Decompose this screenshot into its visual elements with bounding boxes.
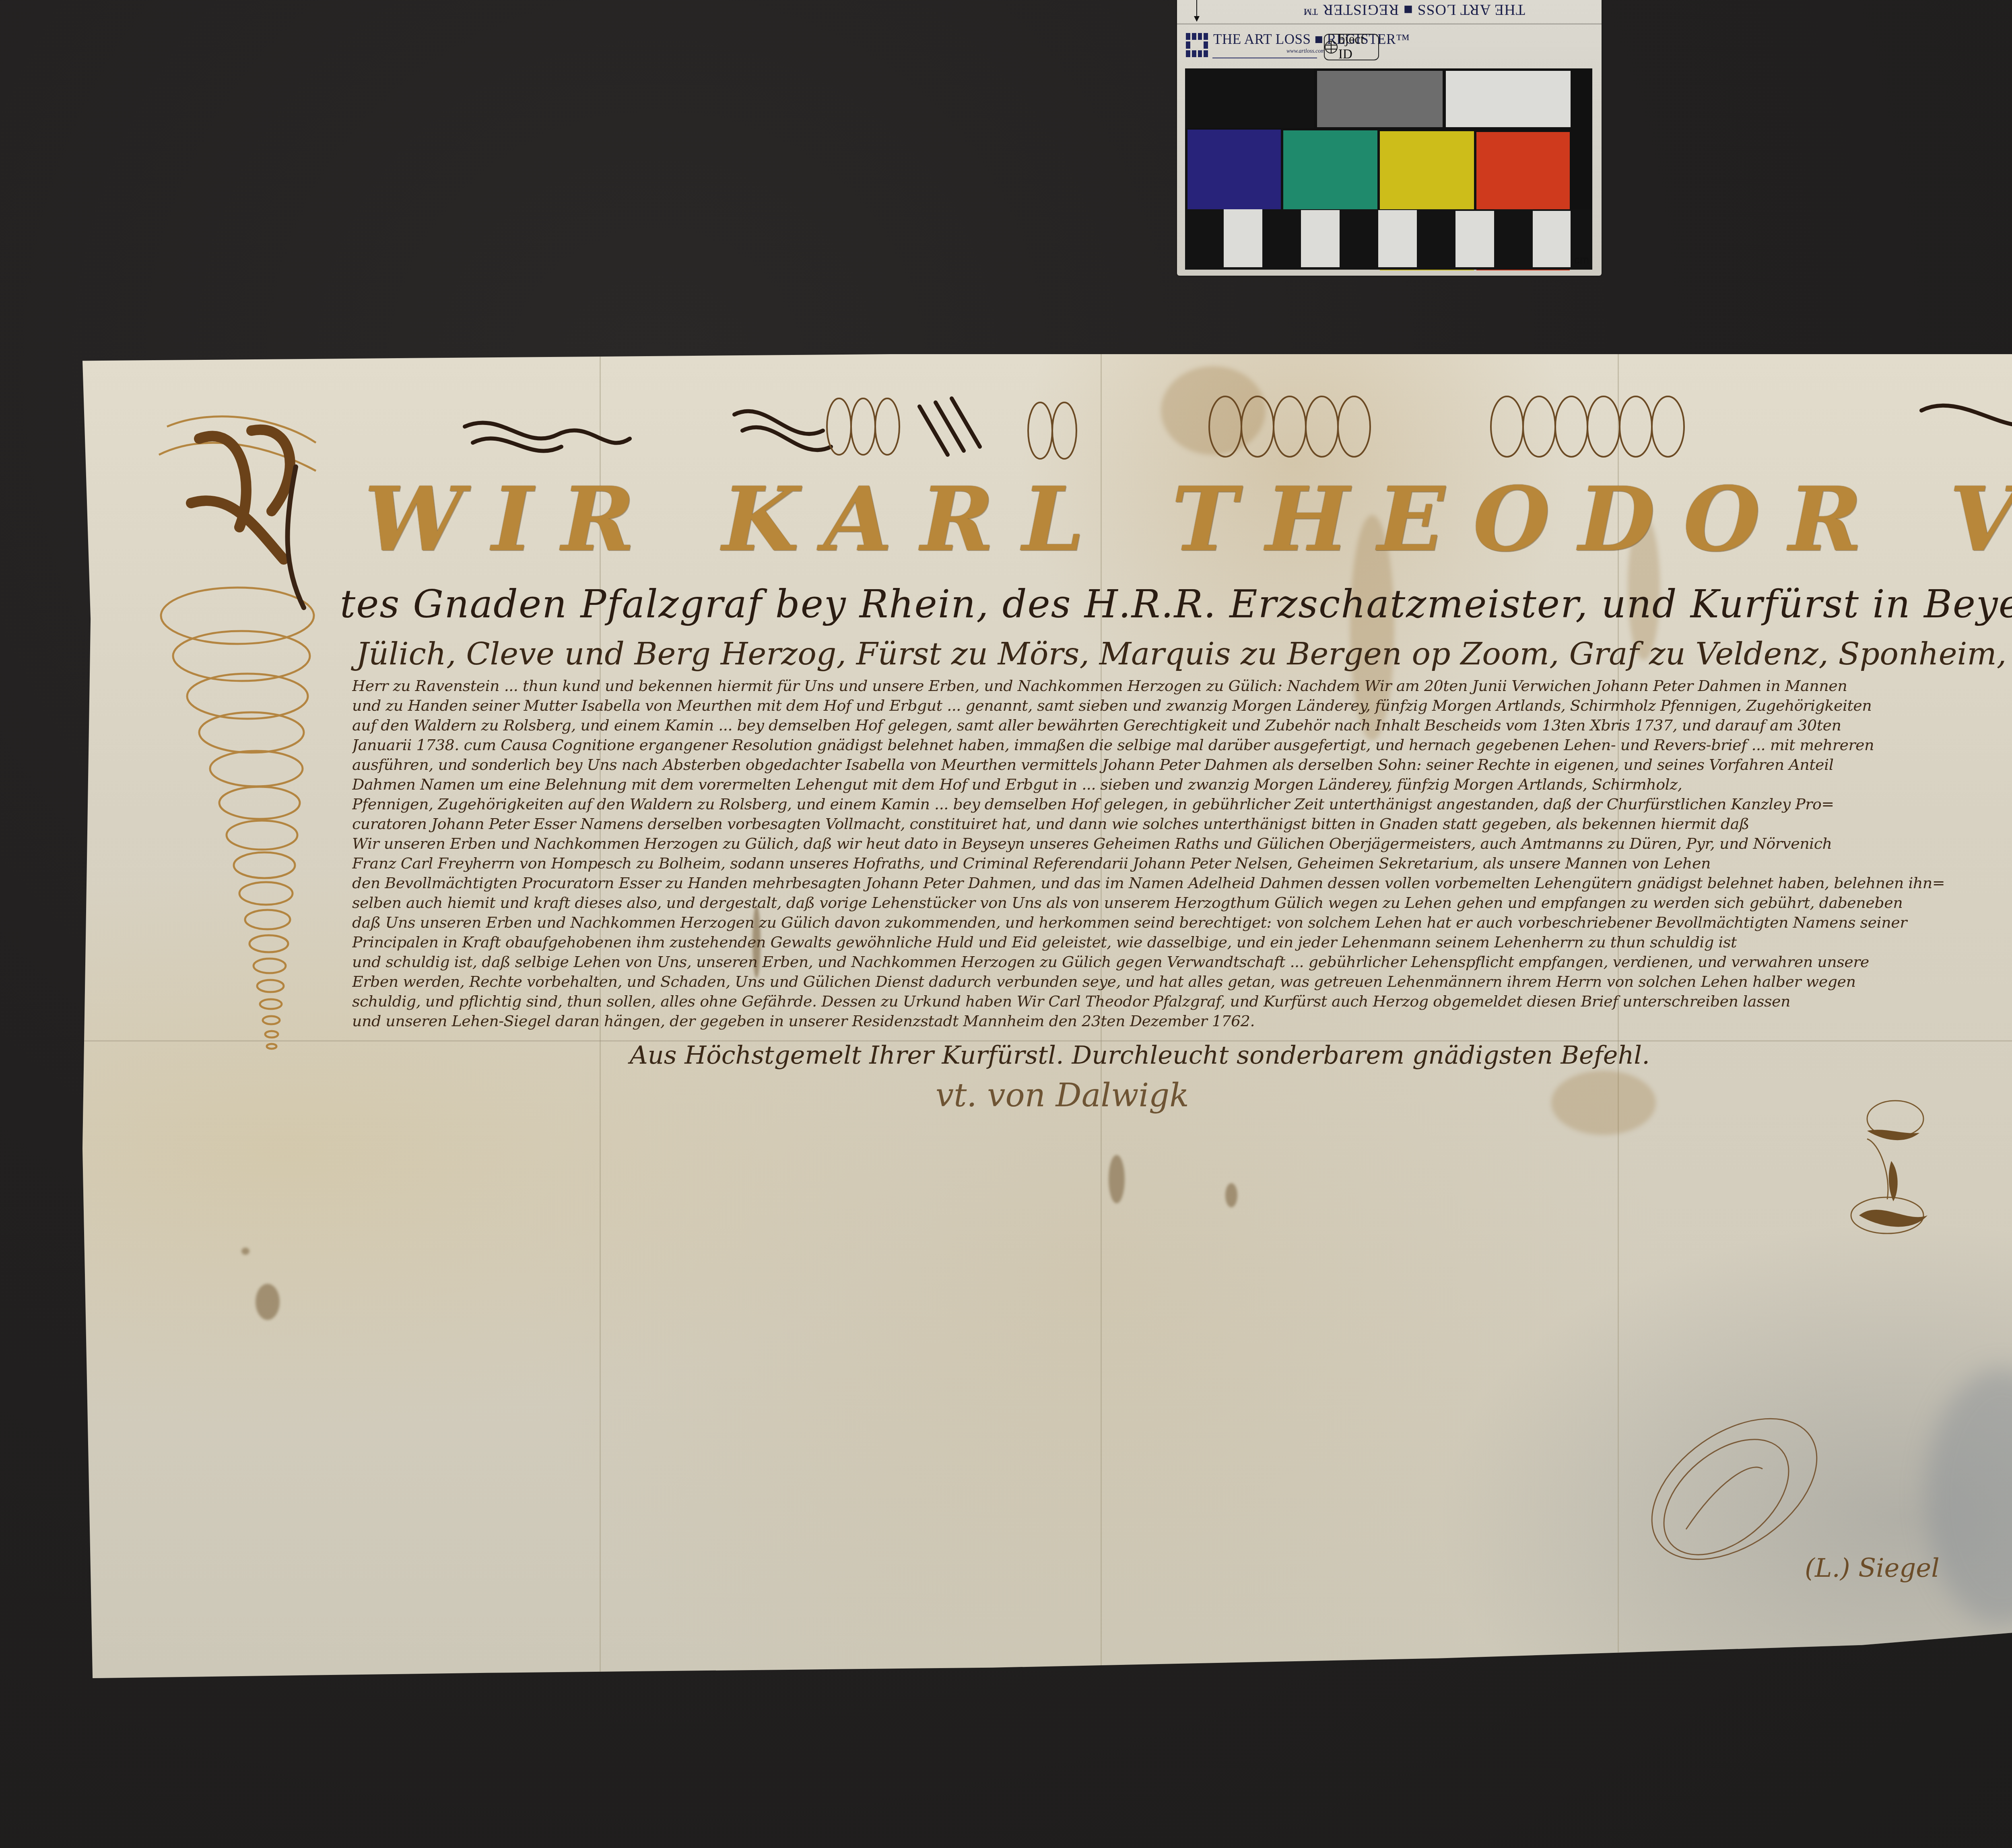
scale-block-4 [1455, 211, 1494, 267]
body-line: Januarii 1738. cum Causa Cognitione erga… [352, 735, 2012, 755]
brand-url: www.artloss.com [1286, 48, 1325, 55]
closing-formula: Aus Höchstgemelt Ihrer Kurfürstl. Durchl… [630, 1040, 1650, 1070]
color-patches: cm [1185, 68, 1592, 270]
body-line: Erben werden, Rechte vorbehalten, und Sc… [352, 972, 2012, 992]
ornate-title-line: WIR KARL THEODOR VON GOT= [364, 467, 2012, 567]
parchment-charter: WIR KARL THEODOR VON GOT= tes Gnaden Pfa… [82, 354, 2012, 1678]
ink-blot [241, 1248, 249, 1255]
titles-line: Jülich, Cleve und Berg Herzog, Fürst zu … [356, 636, 2012, 672]
electoral-monogram-icon [1843, 1095, 1948, 1240]
flap-brand-text: THE ART LOSS ■ REGISTER ™ [1303, 1, 1525, 19]
body-line: Principalen in Kraft obaufgehobenen ihm … [352, 932, 2012, 952]
body-line: auf den Waldern zu Rolsberg, und einem K… [352, 716, 2012, 735]
body-line: selben auch hiemit und kraft dieses also… [352, 893, 2012, 913]
ink-blot [256, 1284, 280, 1320]
body-line: und zu Handen seiner Mutter Isabella von… [352, 696, 2012, 716]
countersignature: vt. von Dalwigk [936, 1077, 1189, 1114]
body-line: Herr zu Ravenstein ... thun kund und bek… [352, 676, 2012, 696]
scale-block-1 [1224, 209, 1262, 267]
grey-smudge [1925, 1368, 2012, 1626]
body-line: daß Uns unseren Erben und Nachkommen Her… [352, 913, 2012, 932]
art-loss-logo-icon [1186, 33, 1208, 57]
object-id-label: bject ID [1338, 32, 1378, 62]
body-line: ausführen, und sonderlich bey Uns nach A… [352, 755, 2012, 775]
card-fold-flap: THE ART LOSS ■ REGISTER ™ [1177, 0, 1602, 25]
scale-block-3 [1378, 210, 1417, 267]
body-line: schuldig, und pflichtig sind, thun solle… [352, 992, 2012, 1011]
seal-note: (L.) Siegel [1805, 1553, 1940, 1583]
down-arrow-icon [1196, 0, 1197, 18]
scale-block-5 [1533, 211, 1571, 267]
body-line: und unseren Lehen-Siegel daran hängen, d… [352, 1011, 2012, 1031]
heading-flourishes [316, 390, 2012, 479]
ornamental-initial-w [151, 406, 324, 1163]
title-continuation-line: tes Gnaden Pfalzgraf bey Rhein, des H.R.… [340, 582, 2012, 627]
color-calibration-card: THE ART LOSS ■ REGISTER ™ THE ART LOSS ■… [1177, 0, 1602, 276]
scale-block-2 [1301, 210, 1340, 267]
patch-gray [1317, 71, 1443, 127]
body-line: Wir unseren Erben und Nachkommen Herzoge… [352, 834, 2012, 854]
body-line: Pfennigen, Zugehörigkeiten auf den Walde… [352, 794, 2012, 814]
patch-white [1446, 71, 1571, 127]
object-id-badge: bject ID [1324, 34, 1379, 60]
brand-underline [1212, 58, 1317, 58]
brand-name: THE ART LOSS ■ REGISTER™ [1213, 31, 1410, 47]
body-line: Franz Carl Freyherrn von Hompesch zu Bol… [352, 854, 2012, 873]
body-line: den Bevollmächtigten Procuratorn Esser z… [352, 873, 2012, 893]
body-line: curatoren Johann Peter Esser Namens ders… [352, 814, 2012, 834]
patch-black [1185, 68, 1314, 128]
charter-body: Herr zu Ravenstein ... thun kund und bek… [352, 676, 2012, 1031]
body-line: und schuldig ist, daß selbige Lehen von … [352, 952, 2012, 972]
body-line: Dahmen Namen um eine Belehnung mit dem v… [352, 775, 2012, 794]
globe-icon [1325, 41, 1338, 54]
scale-unit-label: cm [1574, 254, 1589, 266]
water-stain [1551, 1070, 1656, 1135]
ink-blot [1109, 1155, 1125, 1203]
ink-blot [1225, 1183, 1237, 1207]
